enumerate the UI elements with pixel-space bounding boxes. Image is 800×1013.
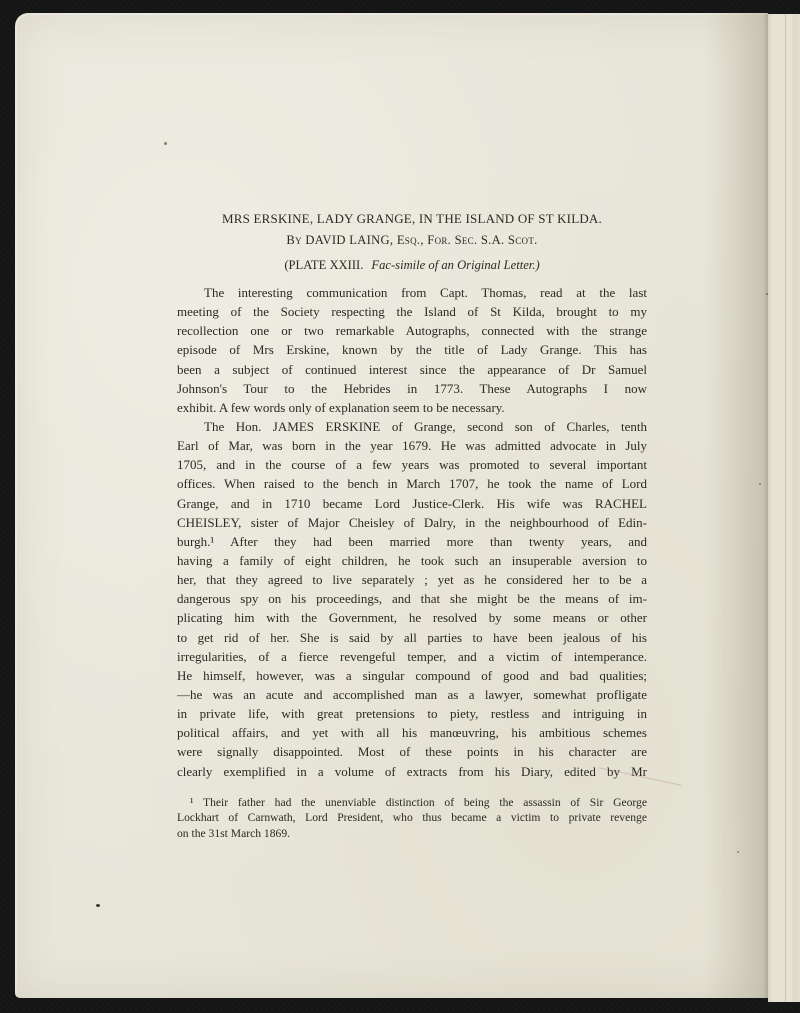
ink-speck — [96, 904, 100, 907]
text-line: episode of Mrs Erskine, known by the tit… — [177, 340, 647, 359]
text-line: plicating him with the Government, he re… — [177, 608, 647, 627]
paragraph-1: The interesting communication from Capt.… — [177, 283, 647, 417]
ink-speck — [164, 142, 167, 145]
body-text: The interesting communication from Capt.… — [177, 283, 647, 781]
text-line: having a family of eight children, he to… — [177, 551, 647, 570]
text-line: CHEISLEY, sister of Major Cheisley of Da… — [177, 513, 647, 532]
text-line: —he was an acute and accomplished man as… — [177, 685, 647, 704]
text-line: He himself, however, was a singular comp… — [177, 666, 647, 685]
text-line: dangerous spy on his proceedings, and th… — [177, 589, 647, 608]
text-line: Earl of Mar, was born in the year 1679. … — [177, 436, 647, 455]
ink-speck — [766, 293, 768, 295]
ink-speck — [737, 851, 739, 853]
text-line: Lockhart of Carnwath, Lord President, wh… — [177, 810, 647, 825]
plate-caption-prefix: (PLATE XXIII. — [284, 258, 363, 272]
text-line: offices. When raised to the bench in Mar… — [177, 474, 647, 493]
text-line: ¹ Their father had the unenviable distin… — [177, 795, 647, 810]
text-line: been a subject of continued interest sin… — [177, 360, 647, 379]
article-byline: By DAVID LAING, Esq., For. Sec. S.A. Sco… — [177, 233, 647, 248]
text-line: on the 31st March 1869. — [177, 826, 647, 841]
scan-background: MRS ERSKINE, LADY GRANGE, IN THE ISLAND … — [0, 0, 800, 1013]
text-line: burgh.¹ After they had been married more… — [177, 532, 647, 551]
text-line: 1705, and in the course of a few years w… — [177, 455, 647, 474]
text-line: were signally disappointed. Most of thes… — [177, 742, 647, 761]
article-title: MRS ERSKINE, LADY GRANGE, IN THE ISLAND … — [177, 211, 647, 227]
paragraph-2: The Hon. JAMES ERSKINE of Grange, second… — [177, 417, 647, 781]
text-line: The interesting communication from Capt.… — [177, 283, 647, 302]
text-line: clearly exemplified in a volume of extra… — [177, 762, 647, 781]
plate-caption-italic: Fac-simile of an Original Letter.) — [371, 258, 539, 272]
text-line: to get rid of her. She is said by all pa… — [177, 628, 647, 647]
text-line: exhibit. A few words only of explanation… — [177, 398, 647, 417]
footnote: ¹ Their father had the unenviable distin… — [177, 795, 647, 841]
text-line: political affairs, and yet with all his … — [177, 723, 647, 742]
text-line: in private life, with great pretensions … — [177, 704, 647, 723]
plate-caption: (PLATE XXIII.Fac-simile of an Original L… — [177, 258, 647, 273]
text-line: her, that they agreed to live separately… — [177, 570, 647, 589]
text-line: The Hon. JAMES ERSKINE of Grange, second… — [177, 417, 647, 436]
page-text-layer: MRS ERSKINE, LADY GRANGE, IN THE ISLAND … — [0, 0, 800, 1013]
text-line: meeting of the Society respecting the Is… — [177, 302, 647, 321]
text-line: Johnson's Tour to the Hebrides in 1773. … — [177, 379, 647, 398]
text-line: irregularities, of a fierce revengeful t… — [177, 647, 647, 666]
text-line: recollection one or two remarkable Autog… — [177, 321, 647, 340]
text-line: Grange, and in 1710 became Lord Justice-… — [177, 494, 647, 513]
ink-speck — [759, 483, 761, 485]
